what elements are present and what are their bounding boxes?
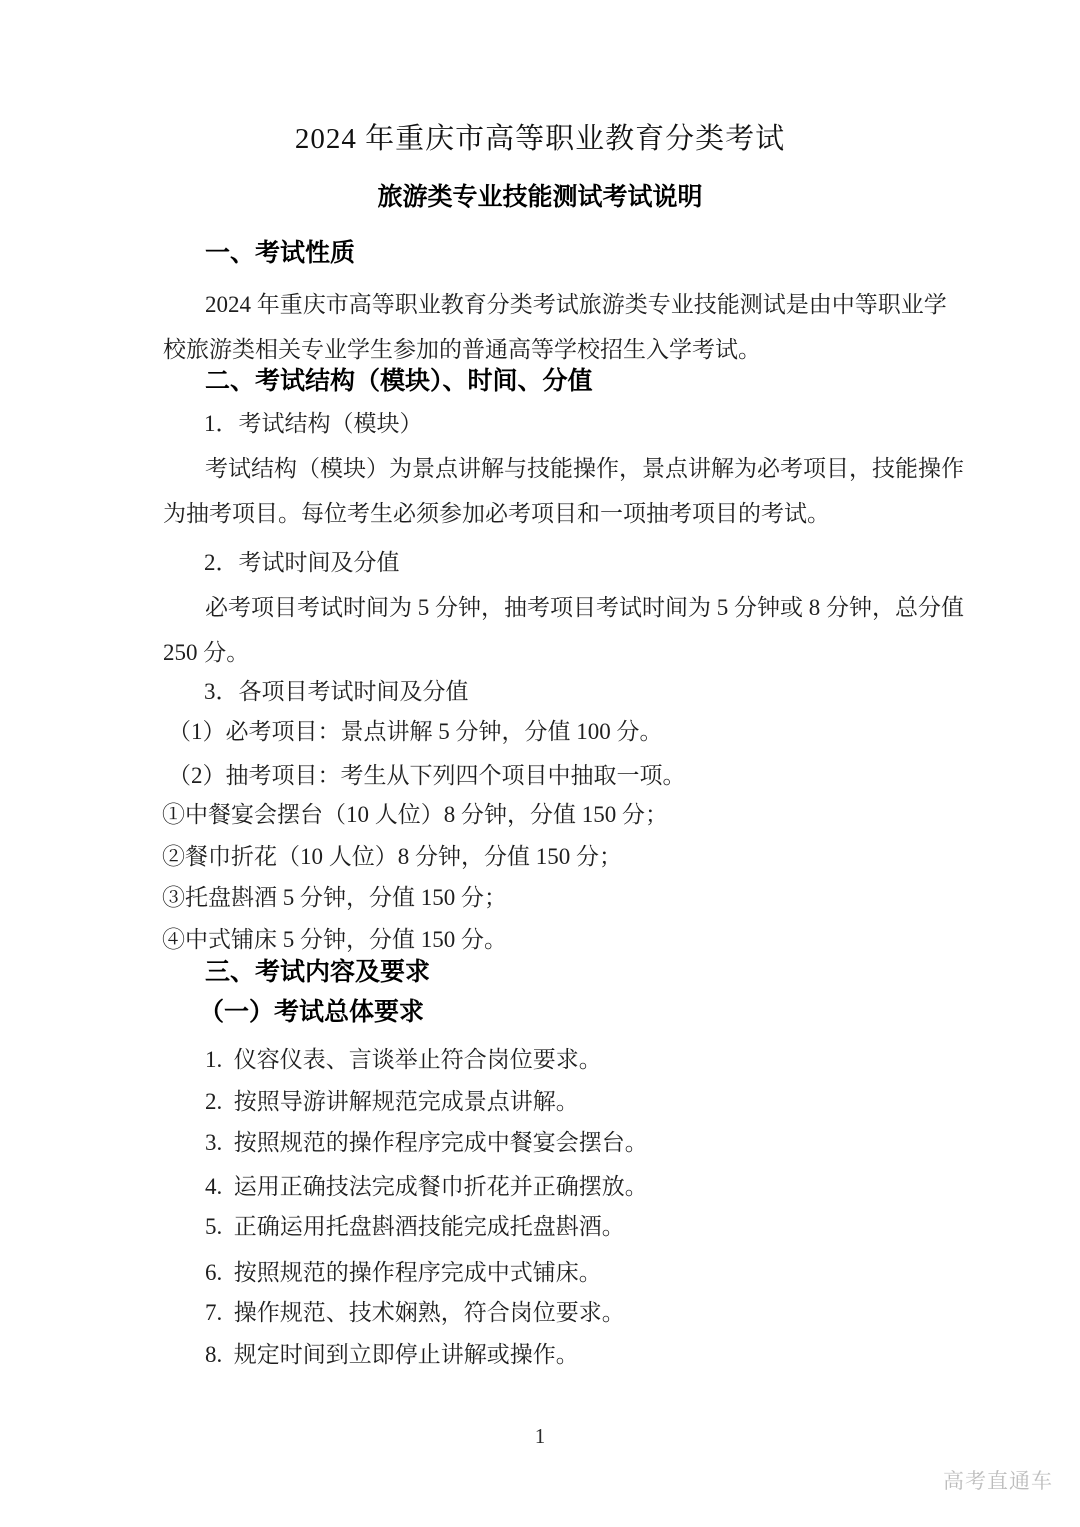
watermark-text: 高考直通车 bbox=[943, 1468, 1053, 1496]
drawn-option-2: ②餐巾折花（10 人位）8 分钟，分值 150 分； bbox=[162, 841, 622, 873]
requirement-item-7: 7. 操作规范、技术娴熟，符合岗位要求。 bbox=[205, 1297, 625, 1329]
section1-paragraph-line1: 2024 年重庆市高等职业教育分类考试旅游类专业技能测试是由中等职业学 bbox=[163, 289, 947, 321]
drawn-option-4: ④中式铺床 5 分钟，分值 150 分。 bbox=[162, 924, 507, 956]
section2-item2-paragraph-line2: 250 分。 bbox=[163, 637, 249, 669]
requirement-item-2: 2. 按照导游讲解规范完成景点讲解。 bbox=[205, 1086, 579, 1118]
requirement-item-6: 6. 按照规范的操作程序完成中式铺床。 bbox=[205, 1257, 602, 1289]
requirement-item-4: 4. 运用正确技法完成餐巾折花并正确摆放。 bbox=[205, 1171, 648, 1203]
required-item-line: （1）必考项目：景点讲解 5 分钟，分值 100 分。 bbox=[168, 716, 663, 748]
section2-item1-paragraph-line1: 考试结构（模块）为景点讲解与技能操作，景点讲解为必考项目，技能操作 bbox=[163, 453, 964, 485]
exam-subtitle: 旅游类专业技能测试考试说明 bbox=[0, 178, 1080, 216]
section1-heading: 一、考试性质 bbox=[205, 237, 355, 269]
section2-item2-heading: 2．考试时间及分值 bbox=[204, 547, 400, 579]
section2-heading: 二、考试结构（模块）、时间、分值 bbox=[205, 365, 593, 397]
requirement-item-8: 8. 规定时间到立即停止讲解或操作。 bbox=[205, 1339, 579, 1371]
page-number: 1 bbox=[0, 1422, 1080, 1450]
drawn-option-3: ③托盘斟酒 5 分钟，分值 150 分； bbox=[162, 882, 507, 914]
requirement-item-5: 5. 正确运用托盘斟酒技能完成托盘斟酒。 bbox=[205, 1211, 625, 1243]
exam-title: 2024 年重庆市高等职业教育分类考试 bbox=[0, 118, 1080, 160]
drawn-option-1: ①中餐宴会摆台（10 人位）8 分钟，分值 150 分； bbox=[162, 799, 668, 831]
document-page: 2024 年重庆市高等职业教育分类考试 旅游类专业技能测试考试说明 一、考试性质… bbox=[0, 0, 1080, 1527]
section2-item1-heading: 1．考试结构（模块） bbox=[204, 408, 423, 440]
section3-heading: 三、考试内容及要求 bbox=[205, 956, 430, 988]
section2-item3-heading: 3．各项目考试时间及分值 bbox=[204, 676, 469, 708]
section2-item2-paragraph-line1: 必考项目考试时间为 5 分钟，抽考项目考试时间为 5 分钟或 8 分钟，总分值 bbox=[163, 592, 964, 624]
requirement-item-1: 1. 仪容仪表、言谈举止符合岗位要求。 bbox=[205, 1044, 602, 1076]
section3-subsection1-heading: （一）考试总体要求 bbox=[199, 996, 424, 1028]
section2-item1-paragraph-line2: 为抽考项目。每位考生必须参加必考项目和一项抽考项目的考试。 bbox=[163, 498, 830, 530]
section1-paragraph-line2: 校旅游类相关专业学生参加的普通高等学校招生入学考试。 bbox=[163, 334, 761, 366]
requirement-item-3: 3. 按照规范的操作程序完成中餐宴会摆台。 bbox=[205, 1127, 648, 1159]
drawn-item-line: （2）抽考项目：考生从下列四个项目中抽取一项。 bbox=[168, 760, 686, 792]
